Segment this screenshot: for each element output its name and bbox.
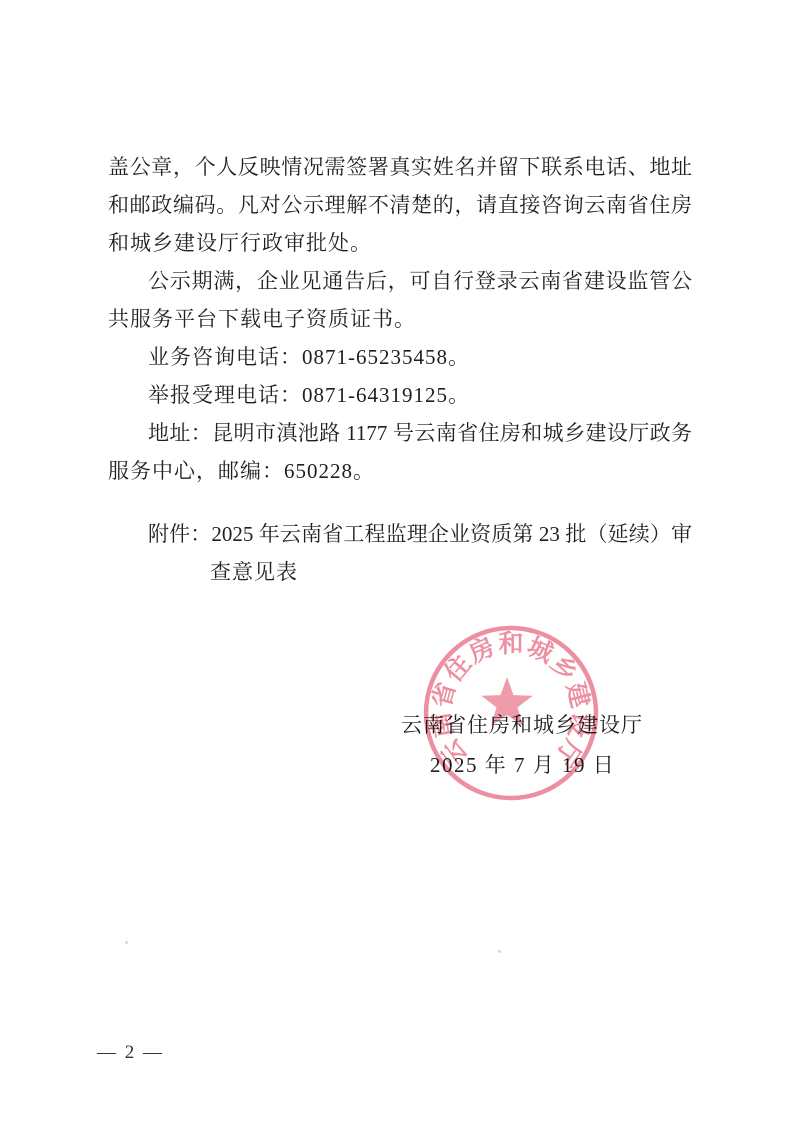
- svg-text:和: 和: [498, 630, 523, 658]
- line-attachment: 附件：2025 年云南省工程监理企业资质第 23 批（延续）审: [108, 515, 692, 553]
- line-stamp-requirement-2: 和邮政编码。凡对公示理解不清楚的，请直接咨询云南省住房: [108, 186, 692, 224]
- issuer-signature: 云南省住房和城乡建设厅: [401, 712, 643, 738]
- svg-text:城: 城: [523, 632, 558, 668]
- line-address: 地址：昆明市滇池路 1177 号云南省住房和城乡建设厅政务: [108, 414, 692, 452]
- line-certificate-download: 共服务平台下载电子资质证书。: [108, 300, 692, 338]
- line-report-phone: 举报受理电话：0871-64319125。: [108, 376, 692, 414]
- svg-text:建: 建: [561, 679, 595, 710]
- seal-rim-text: 云南省住房和城乡建设厅: [427, 630, 595, 771]
- line-address-2: 服务中心，邮编：650228。: [108, 452, 692, 490]
- svg-text:房: 房: [463, 632, 499, 669]
- line-attachment-2: 查意见表: [108, 553, 692, 591]
- issue-date: 2025 年 7 月 19 日: [430, 752, 615, 778]
- scan-speck: [498, 950, 501, 953]
- line-stamp-requirement: 盖公章，个人反映情况需签署真实姓名并留下联系电话、地址: [108, 148, 692, 186]
- line-approval-office: 和城乡建设厅行政审批处。: [108, 224, 692, 262]
- body-text: 盖公章，个人反映情况需签署真实姓名并留下联系电话、地址 和邮政编码。凡对公示理解…: [108, 148, 692, 591]
- line-consult-phone: 业务咨询电话：0871-65235458。: [108, 338, 692, 376]
- page-number: — 2 —: [97, 1042, 164, 1064]
- line-publicity-period: 公示期满，企业见通告后，可自行登录云南省建设监管公: [108, 262, 692, 300]
- svg-text:住: 住: [439, 649, 477, 687]
- svg-text:乡: 乡: [545, 649, 583, 687]
- document-page: 盖公章，个人反映情况需签署真实姓名并留下联系电话、地址 和邮政编码。凡对公示理解…: [0, 0, 793, 1122]
- svg-text:省: 省: [428, 679, 462, 710]
- scan-speck: [125, 941, 128, 944]
